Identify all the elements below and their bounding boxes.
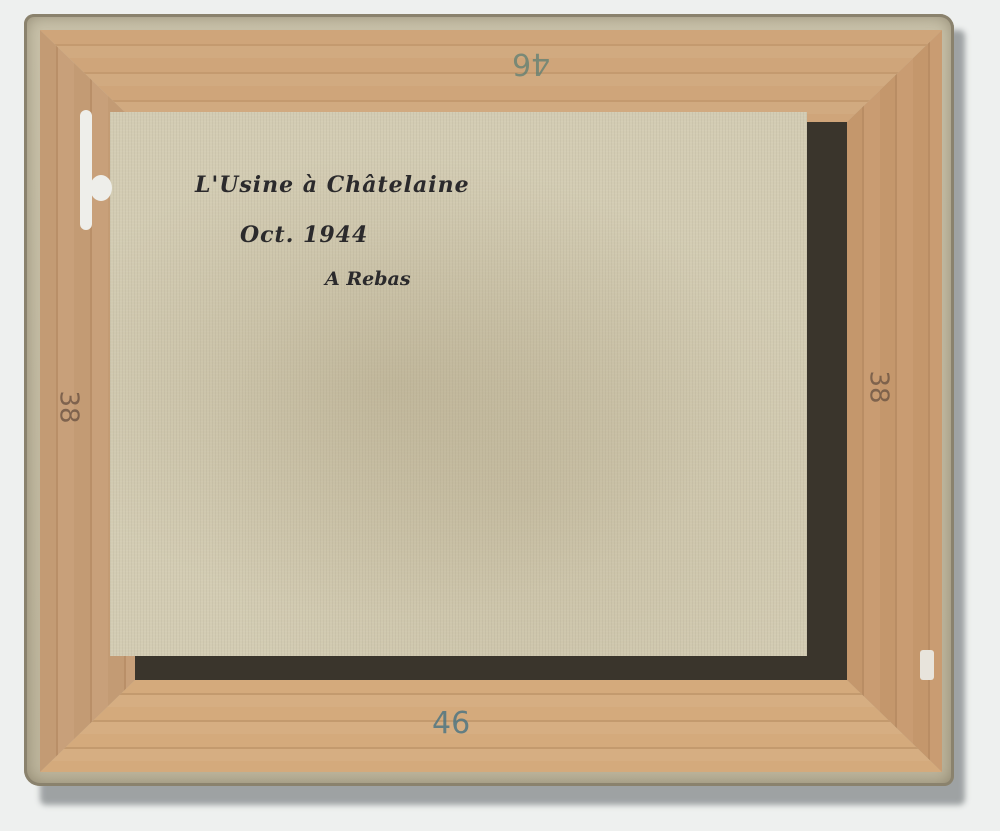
stretcher-number-bottom: 46 — [432, 706, 470, 741]
stretcher-number-right: 38 — [864, 370, 894, 403]
stretcher-bar-top — [40, 30, 942, 122]
tape-patch — [920, 650, 934, 680]
stretcher-number-top: 46 — [512, 46, 550, 81]
white-paint-drip — [80, 110, 92, 230]
photo-scene: L'Usine à Châtelaine Oct. 1944 A Rebas 4… — [0, 0, 1000, 831]
stretcher-bar-bottom — [40, 680, 942, 772]
inscription-date: Oct. 1944 — [240, 222, 368, 248]
inscription-title: L'Usine à Châtelaine — [195, 172, 470, 198]
stretcher-number-left: 38 — [54, 390, 84, 423]
inscription-signature: A Rebas — [325, 268, 411, 290]
white-paint-blob — [90, 175, 112, 201]
